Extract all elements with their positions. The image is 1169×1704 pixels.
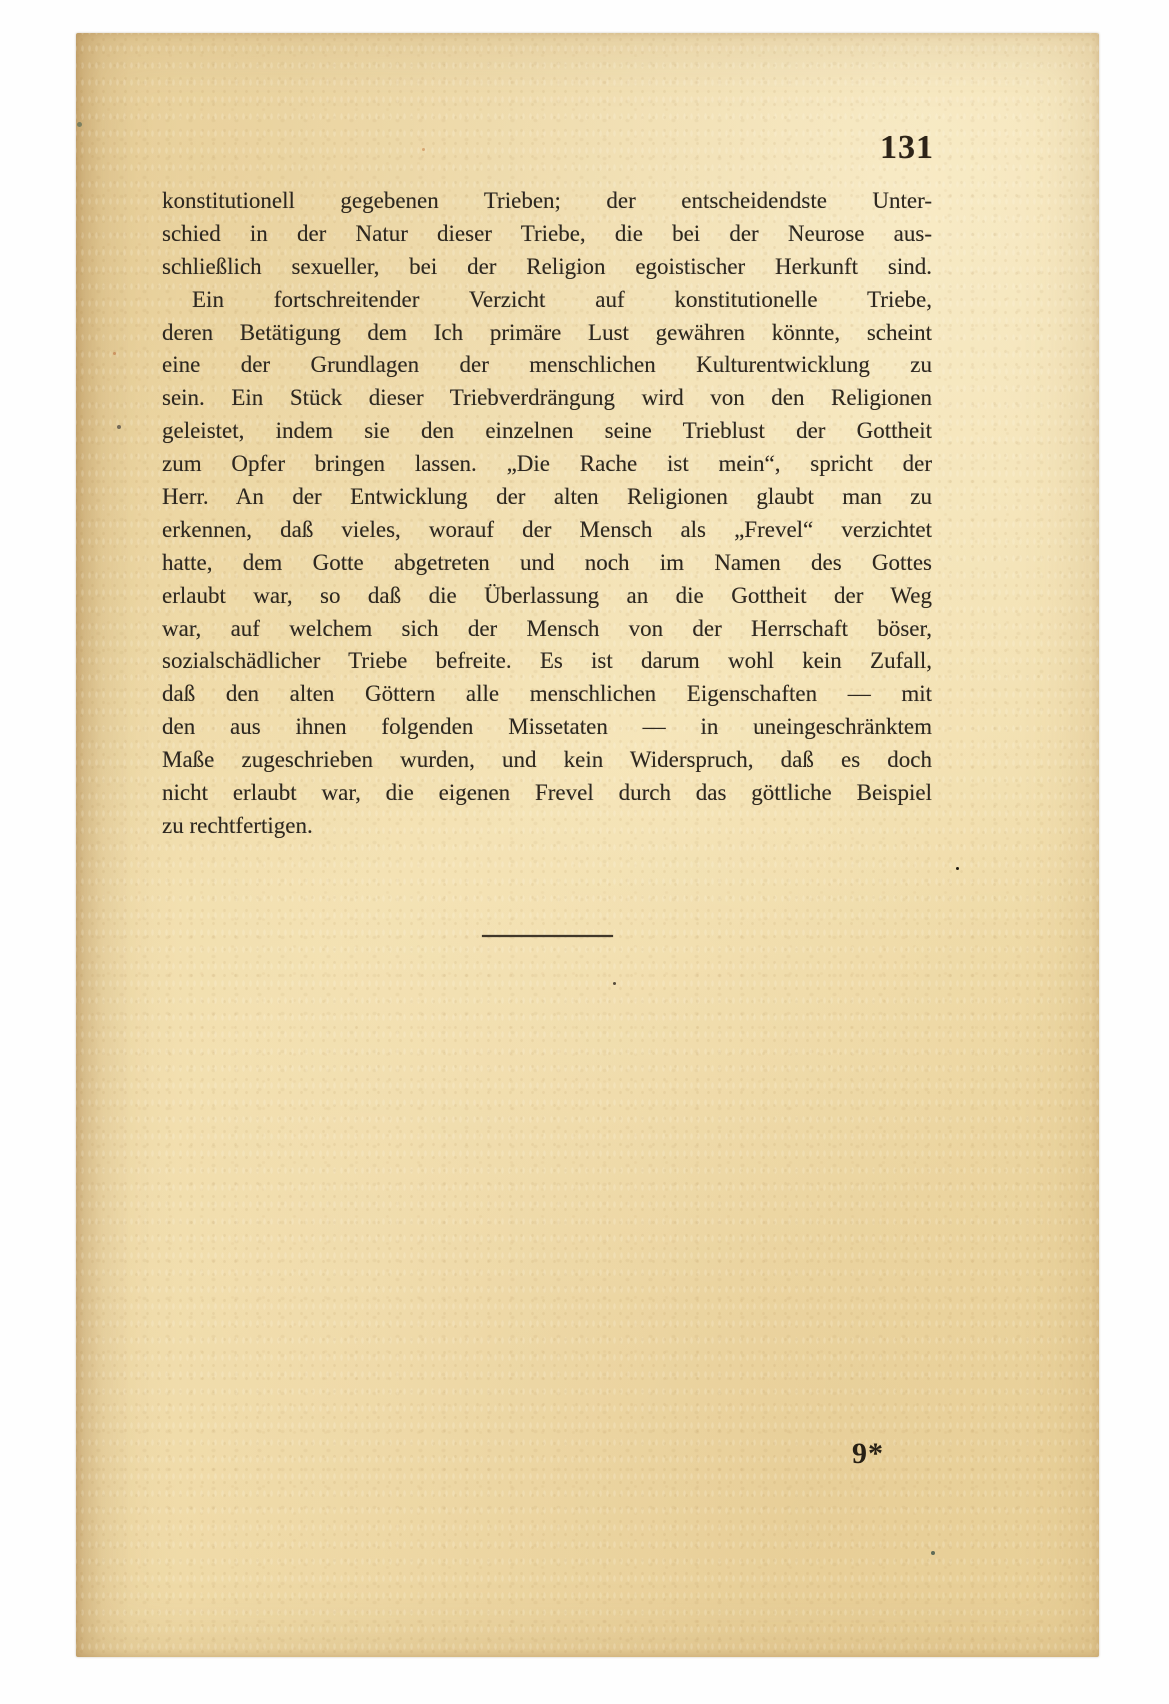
text-line: war, auf welchem sich der Mensch von der… <box>162 613 932 646</box>
ink-speck <box>117 425 121 429</box>
ink-speck <box>77 122 82 127</box>
text-line: sein. Ein Stück dieser Triebverdrängung … <box>162 382 932 415</box>
text-line: daß den alten Göttern alle menschlichen … <box>162 678 932 711</box>
text-line: nicht erlaubt war, die eigenen Frevel du… <box>162 777 932 810</box>
ink-speck <box>613 982 616 985</box>
text-line: Maße zugeschrieben wurden, und kein Wide… <box>162 744 932 777</box>
text-line: erkennen, daß vieles, worauf der Mensch … <box>162 514 932 547</box>
text-line: sozialschädlicher Triebe befreite. Es is… <box>162 645 932 678</box>
ink-speck <box>931 1551 935 1555</box>
text-line: schließlich sexueller, bei der Religion … <box>162 251 932 284</box>
signature-mark: 9* <box>852 1437 884 1471</box>
text-line: zu rechtfertigen. <box>162 810 932 843</box>
text-line: erlaubt war, so daß die Überlassung an d… <box>162 580 932 613</box>
text-line: schied in der Natur dieser Triebe, die b… <box>162 218 932 251</box>
ink-speck <box>113 352 116 355</box>
text-line: hatte, dem Gotte abgetreten und noch im … <box>162 547 932 580</box>
body-text: konstitutionell gegebenen Trieben; der e… <box>162 185 932 843</box>
book-page: 131 konstitutionell gegebenen Trieben; d… <box>76 33 1099 1657</box>
text-line: eine der Grundlagen der menschlichen Kul… <box>162 349 932 382</box>
text-line: konstitutionell gegebenen Trieben; der e… <box>162 185 932 218</box>
page-number: 131 <box>880 129 934 167</box>
text-line: deren Betätigung dem Ich primäre Lust ge… <box>162 317 932 350</box>
text-line: Herr. An der Entwicklung der alten Relig… <box>162 481 932 514</box>
text-line: den aus ihnen folgenden Missetaten — in … <box>162 711 932 744</box>
text-line: zum Opfer bringen lassen. „Die Rache ist… <box>162 448 932 481</box>
text-line: geleistet, indem sie den einzelnen seine… <box>162 415 932 448</box>
ink-speck <box>956 867 959 870</box>
section-divider-rule <box>482 935 613 937</box>
text-line: Ein fortschreitender Verzicht auf konsti… <box>162 284 932 317</box>
ink-speck <box>422 148 425 151</box>
